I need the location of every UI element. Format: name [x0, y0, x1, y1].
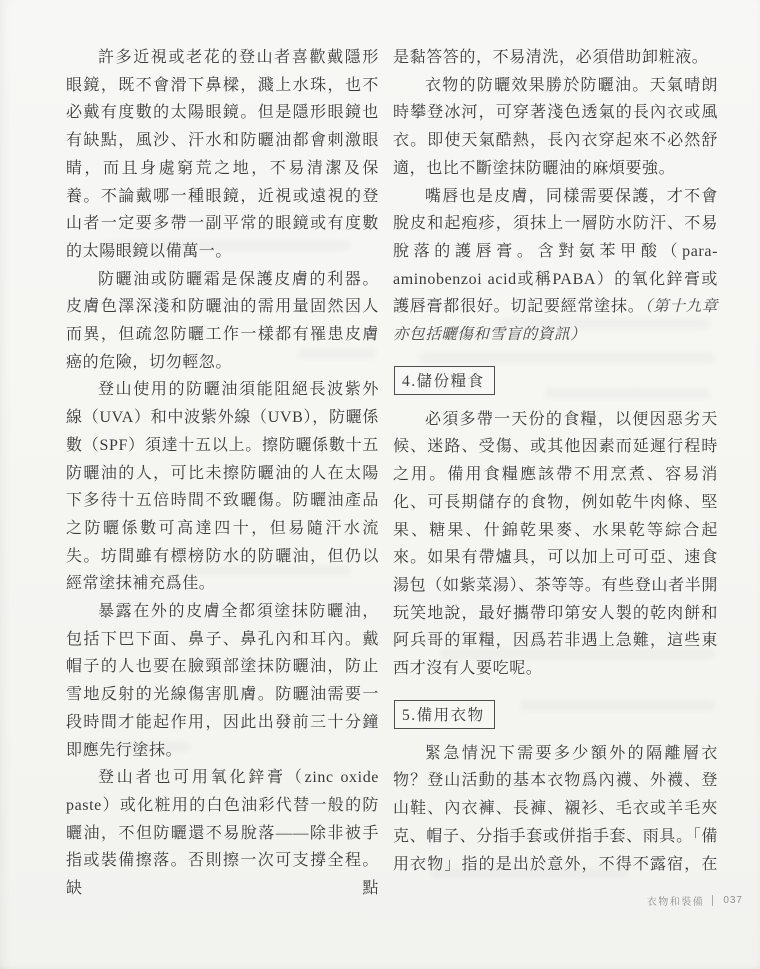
footer-divider	[712, 895, 713, 906]
book-page: 許多近視或老花的登山者喜歡戴隱形眼鏡，既不會滑下鼻樑，濺上水珠，也不必戴有度數的…	[0, 0, 760, 969]
page-footer: 衣物和裝備 037	[647, 893, 743, 908]
paragraph-spare-clothes: 緊急情況下需要多少額外的隔離層衣物？登山活動的基本衣物爲內襪、外襪、登山鞋、內衣…	[393, 740, 718, 879]
paragraph-zinc-oxide: 登山者也可用氧化鋅膏（zinc oxide paste）或化粧用的白色油彩代替一…	[66, 764, 379, 903]
paragraph-lip-protection: 嘴唇也是皮膚，同樣需要保護，才不會脫皮和起疱疹，須抹上一層防水防汗、不易脫落的護…	[393, 183, 718, 349]
paragraph-zinc-continuation: 是黏答答的，不易清洗，必須借助卸粧液。	[393, 44, 718, 72]
paragraph-spf: 登山使用的防曬油須能阻絕長波紫外線（UVA）和中波紫外線（UVB），防曬係數（S…	[66, 376, 379, 598]
section-heading-food: 4.儲份糧食	[394, 366, 495, 395]
paragraph-sunscreen-intro: 防曬油或防曬霜是保護皮膚的利器。皮膚色澤深淺和防曬油的需用量固然因人而異，但疏忽…	[66, 266, 379, 377]
section-heading-row-spare-clothes: 5.備用衣物	[394, 700, 718, 729]
paragraph-clothing-sun-protection: 衣物的防曬效果勝於防曬油。天氣晴朗時攀登冰河，可穿著淺色透氣的長內衣或風衣。即使…	[393, 72, 718, 183]
footer-page-number: 037	[723, 895, 743, 906]
lip-protection-text: 嘴唇也是皮膚，同樣需要保護，才不會脫皮和起疱疹，須抹上一層防水防汗、不易脫落的護…	[393, 188, 718, 316]
right-column: 是黏答答的，不易清洗，必須借助卸粧液。 衣物的防曬效果勝於防曬油。天氣晴朗時攀登…	[393, 44, 718, 878]
section-heading-spare-clothes: 5.備用衣物	[394, 700, 495, 729]
paragraph-contact-lenses: 許多近視或老花的登山者喜歡戴隱形眼鏡，既不會滑下鼻樑，濺上水珠，也不必戴有度數的…	[66, 44, 379, 266]
paragraph-apply-sunscreen: 暴露在外的皮膚全都須塗抹防曬油，包括下巴下面、鼻子、鼻孔內和耳內。戴帽子的人也要…	[66, 598, 379, 764]
paragraph-extra-food: 必須多帶一天份的食糧，以便因惡劣天候、迷路、受傷、或其他因素而延遲行程時之用。備…	[393, 406, 718, 683]
left-column: 許多近視或老花的登山者喜歡戴隱形眼鏡，既不會滑下鼻樑，濺上水珠，也不必戴有度數的…	[66, 44, 379, 903]
footer-section-label: 衣物和裝備	[647, 893, 705, 908]
section-heading-row-food: 4.儲份糧食	[394, 366, 718, 395]
